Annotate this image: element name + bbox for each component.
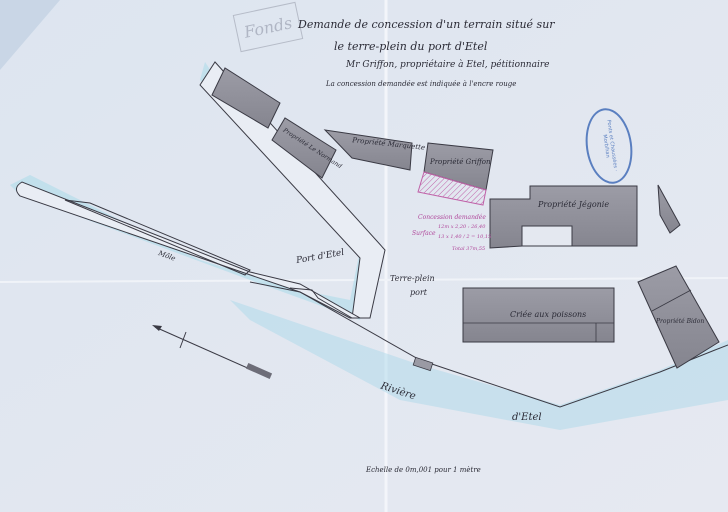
title-line-2: le terre-plein du port d'Etel [334,40,487,53]
label-griffon: Propriété Griffon [430,158,491,166]
label-terre-plein: Terre-plein [390,274,435,283]
concession-row-1: 12m x 2,20 : 26,40 [438,224,485,230]
label-scale: Echelle de 0m,001 pour 1 mètre [366,466,481,474]
label-criee: Criée aux poissons [510,310,586,319]
concession-row-2: 13 x 1,40 / 2 = 10,15 [438,234,491,240]
concession-surface-label: Surface [412,230,436,237]
label-jegonie: Propriété Jégonie [538,200,609,209]
concession-title: Concession demandée [418,214,486,221]
title-line-4: La concession demandée est indiquée à l'… [326,80,516,88]
title-line-3: Mr Griffon, propriétaire à Etel, pétitio… [346,60,549,70]
label-terre-plein-2: port [410,288,427,297]
label-bidon: Propriété Bidon [656,318,704,325]
map-sheet [0,0,728,512]
title-line-1: Demande de concession d'un terrain situé… [298,18,555,31]
label-riviere-2: d'Etel [512,412,542,423]
concession-total: Total 37m,55 [452,246,485,252]
